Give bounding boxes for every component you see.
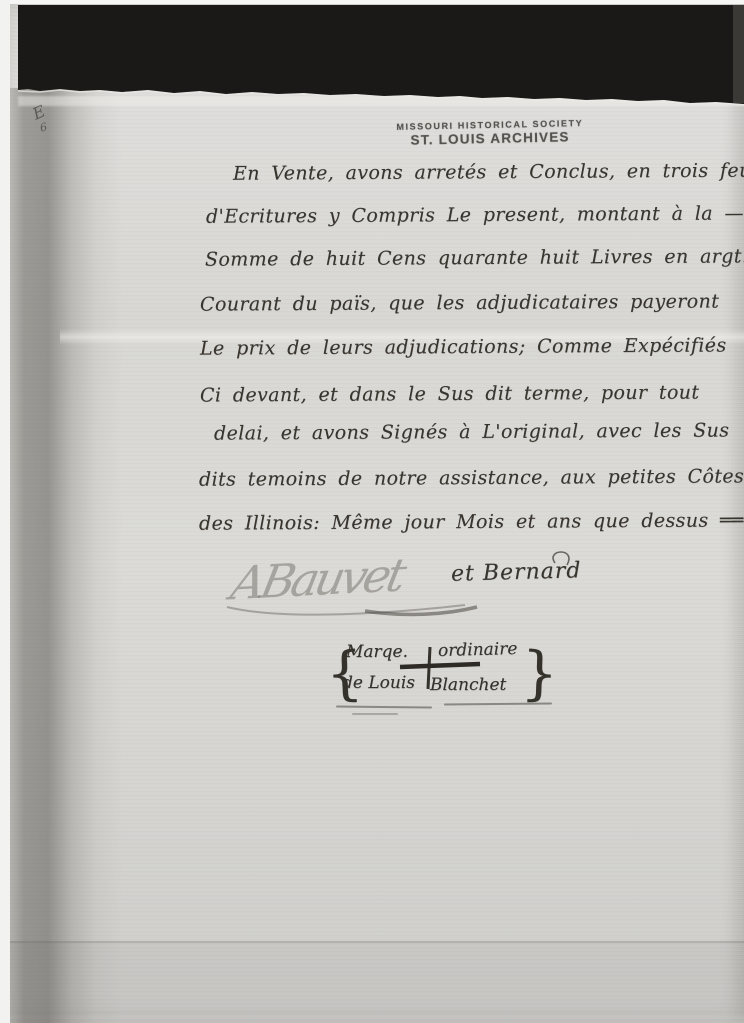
torn-top-black-band: [0, 0, 744, 112]
scanner-edge-strip: [0, 0, 10, 1023]
manuscript-line: Ci devant, et dans le Sus dit terme, pou…: [200, 381, 700, 406]
manuscript-line: Courant du païs, que les adjudicataires …: [200, 290, 719, 315]
manuscript-line: delai, et avons Signés à L'original, ave…: [214, 419, 730, 444]
fold-crease-shade: [10, 943, 744, 1015]
manuscript-line: Somme de huit Cens quarante huit Livres …: [205, 245, 744, 270]
ink-signature: et Bernard: [451, 558, 582, 586]
underline-stroke: [352, 713, 398, 715]
archival-document-scan: MISSOURI HISTORICAL SOCIETY ST. LOUIS AR…: [0, 0, 744, 1023]
archive-stamp: MISSOURI HISTORICAL SOCIETY ST. LOUIS AR…: [392, 117, 589, 148]
manuscript-line: En Vente, avons arretés et Conclus, en t…: [233, 159, 744, 184]
notary-mark-box: { } Marqe. ordinaire de Louis Blanchet: [330, 640, 552, 706]
manuscript-line: Le prix de leurs adjudications; Comme Ex…: [200, 334, 727, 359]
manuscript-line: dits temoins de notre assistance, aux pe…: [199, 465, 744, 490]
manuscript-line: d'Ecritures y Compris Le present, montan…: [206, 202, 744, 227]
cross-mark-icon: [330, 640, 552, 706]
manuscript-line: des Illinois: Même jour Mois et ans que …: [199, 509, 744, 534]
